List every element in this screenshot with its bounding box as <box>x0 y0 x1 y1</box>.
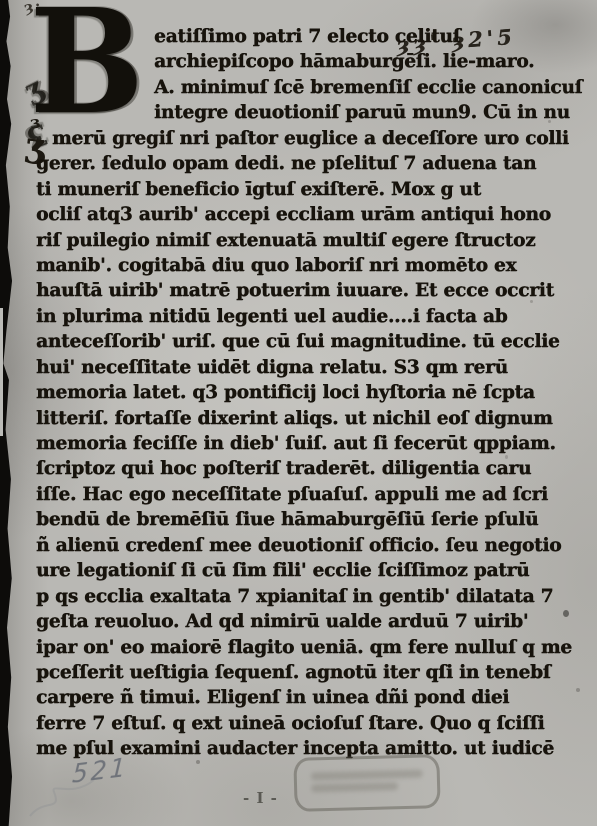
manuscript-line: carpere ñ timui. Eligenſ in uinea dñi po… <box>36 685 576 710</box>
manuscript-line: ocliſ atq3 aurib' accepi eccliam urām an… <box>36 202 576 227</box>
manuscript-line: A. minimuſ ſcē bremenſiſ ecclie canonicu… <box>36 75 576 100</box>
manuscript-line: litteriſ. fortaſſe dixerint aliqs. ut ni… <box>36 406 576 431</box>
manuscript-line: eatiſſimo patri 7 electo celituſ <box>36 24 576 49</box>
manuscript-line: ſcriptoz qui hoc poſteriſ traderēt. dili… <box>36 456 576 481</box>
library-stamp <box>293 754 440 812</box>
manuscript-line: merū gregiſ nri paſtor euglice a deceſſo… <box>36 126 576 151</box>
manuscript-line: manib'. cogitabā diu quo laboriſ nri mom… <box>36 253 576 278</box>
manuscript-line: geſta reuoluo. Ad qd nimirū ualde arduū … <box>36 609 576 634</box>
manuscript-line: riſ puilegio nimiſ extenuatā multiſ eger… <box>36 228 576 253</box>
manuscript-line: ti muneriſ beneficio īgtuſ exiſterē. Mox… <box>36 177 576 202</box>
manuscript-line: ñ alienū credenſ mee deuotioniſ officio.… <box>36 533 576 558</box>
manuscript-line: ferre 7 eſtuſ. q ext uineā ocioſuſ ſtare… <box>36 711 576 736</box>
manuscript-line: in plurima nitidū legenti uel audie....i… <box>36 304 576 329</box>
manuscript-line: gerer. ſedulo opam dedi. ne pſelituſ 7 a… <box>36 151 576 176</box>
folio-number: - I - <box>243 789 278 807</box>
paper-stain <box>530 300 533 303</box>
manuscript-line: p qs ecclia exaltata 7 xpianitaſ in gent… <box>36 584 576 609</box>
manuscript-line: memoria latet. q3 pontificij loci hyſtor… <box>36 380 576 405</box>
paper-stain <box>563 610 569 617</box>
manuscript-line: bendū de bremēſiū ſiue hāmaburgēſiū ſeri… <box>36 507 576 532</box>
binding-edge-notch <box>0 308 3 436</box>
manuscript-line: ure legationiſ ſi cū ſim fili' ecclie ſc… <box>36 558 576 583</box>
pencil-shelf-number: 521 <box>71 752 129 788</box>
manuscript-line: pceſſerit ueſtigia ſequenſ. agnotū iter … <box>36 660 576 685</box>
manuscript-scan: ȝ· B ʒ ʒ ȝȝ' ȝ2'5 ɜ ʒ eatiſſimo patri 7 … <box>0 0 597 826</box>
manuscript-line: anteceſſorib' uriſ. que cū ſui magnitudi… <box>36 329 576 354</box>
text-block: eatiſſimo patri 7 electo celituſ archiep… <box>36 24 576 762</box>
manuscript-line: hui' neceſſitate uidēt digna relatu. S3 … <box>36 355 576 380</box>
manuscript-line: archiepiſcopo hāmaburgēſi. lie-maro. <box>36 49 576 74</box>
manuscript-line: integre deuotioniſ paruū mun9. Cū in nu <box>36 100 576 125</box>
stamp-illegible-text <box>311 770 423 781</box>
paper-stain <box>576 688 580 692</box>
manuscript-line: ipar on' eo maiorē flagito ueniā. qm fer… <box>36 635 576 660</box>
manuscript-line: iſſe. Hac ego neceſſitate pſuaſuſ. appul… <box>36 482 576 507</box>
paper-stain <box>196 760 200 764</box>
manuscript-line: hauſtā uirib' matrē potuerim iuuare. Et … <box>36 278 576 303</box>
paper-stain <box>548 120 551 123</box>
manuscript-line: memoria feciſſe in dieb' ſuiſ. aut ſi fe… <box>36 431 576 456</box>
stamp-illegible-text <box>311 782 399 792</box>
paper-stain <box>505 455 508 459</box>
